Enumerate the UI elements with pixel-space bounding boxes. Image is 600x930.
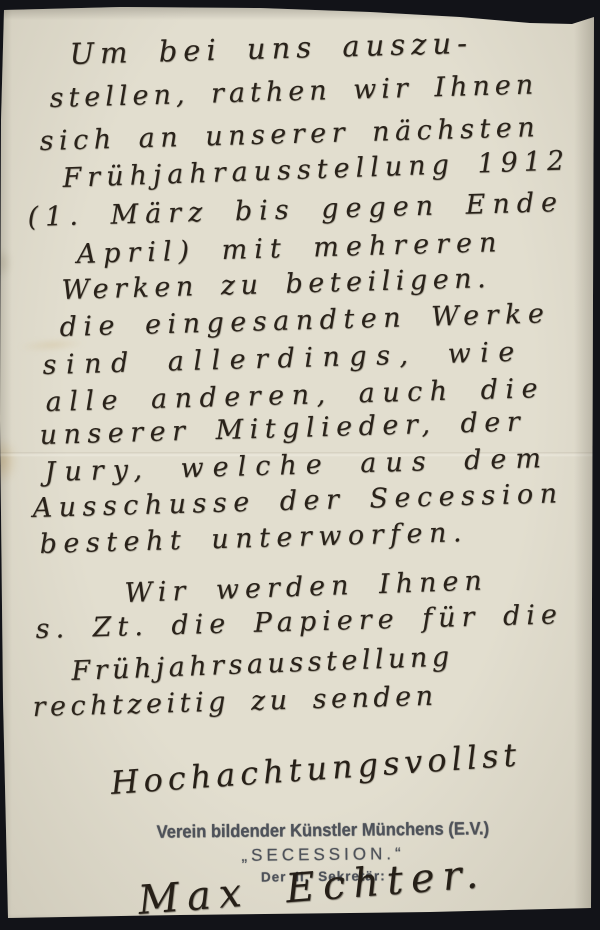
handwritten-line: (1. März bis gegen Ende <box>27 189 564 231</box>
letter-paper: Um bei uns auszu- stellen, rathen wir Ih… <box>0 0 600 930</box>
signature-max-echter: Max Echter. <box>136 851 487 924</box>
handwritten-line: sind allerdings, wie <box>42 339 524 379</box>
handwritten-line: besteht unterworfen. <box>39 519 468 558</box>
handwritten-line: s. Zt. die Papiere für die <box>35 601 563 643</box>
handwritten-line: April) mit mehreren <box>76 229 503 268</box>
photo-background: Um bei uns auszu- stellen, rathen wir Ih… <box>0 0 600 930</box>
handwritten-line: rechtzeitig zu senden <box>32 683 438 721</box>
paper-stain <box>0 438 18 484</box>
handwritten-line: Werken zu beteiligen. <box>61 265 491 304</box>
handwritten-closing: Hochachtungsvollst <box>109 735 522 802</box>
handwritten-line: Wir werden Ihnen <box>124 567 488 607</box>
handwritten-line: Ausschusse der Secession <box>32 480 564 522</box>
handwritten-line: Um bei uns auszu- <box>69 29 473 69</box>
handwritten-line: Frühjahrsausstellung <box>71 643 454 685</box>
stamp-organization-name: Verein bildender Künstler Münchens (E.V.… <box>47 817 599 844</box>
handwritten-line: stellen, rathen wir Ihnen <box>49 71 538 112</box>
handwritten-line: die eingesandten Werke <box>59 300 551 341</box>
paper-stain <box>0 248 12 278</box>
